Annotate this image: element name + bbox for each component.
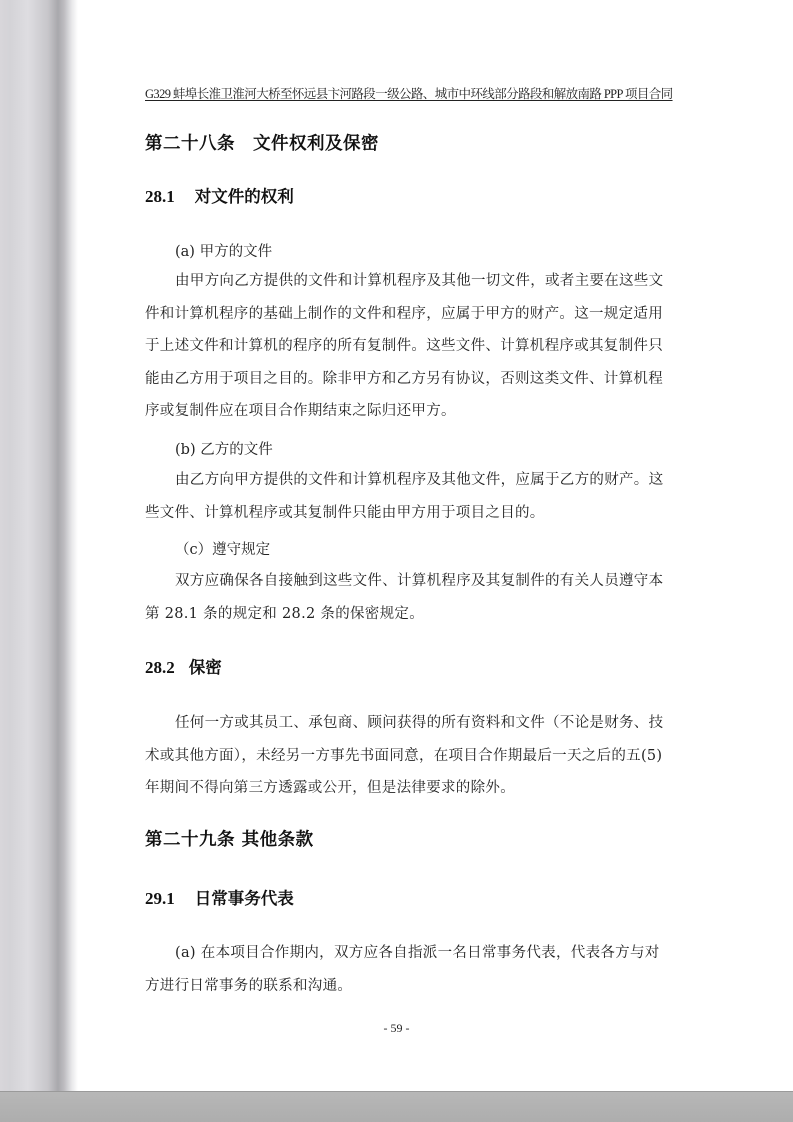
paragraph-line: 双方应确保各自接触到这些文件、计算机程序及其复制件的有关人员遵守本 <box>145 565 695 598</box>
item-b-label: (b) 乙方的文件 <box>175 438 273 459</box>
item-c-paragraph: 双方应确保各自接触到这些文件、计算机程序及其复制件的有关人员遵守本 第 28.1… <box>145 565 695 630</box>
item-a-paragraph: 由甲方向乙方提供的文件和计算机程序及其他一切文件，或者主要在这些文 件和计算机程… <box>145 265 695 428</box>
section-title: 日常事务代表 <box>195 889 294 908</box>
paragraph-line: 任何一方或其员工、承包商、顾问获得的所有资料和文件（不论是财务、技 <box>145 707 695 740</box>
section-number: 29.1 <box>145 889 189 909</box>
section-29-1-heading: 29.1 日常事务代表 <box>145 885 294 909</box>
section-title: 对文件的权利 <box>195 187 294 206</box>
paragraph-line: 由甲方向乙方提供的文件和计算机程序及其他一切文件，或者主要在这些文 <box>145 265 695 298</box>
document-page: G329 蚌埠长淮卫淮河大桥至怀远县卞河路段一级公路、城市中环线部分路段和解放南… <box>0 0 793 1091</box>
paragraph-line: 些文件、计算机程序或其复制件只能由甲方用于项目之目的。 <box>145 497 695 530</box>
scan-bottom-edge <box>0 1091 793 1122</box>
item-b-paragraph: 由乙方向甲方提供的文件和计算机程序及其他文件，应属于乙方的财产。这 些文件、计算… <box>145 464 695 529</box>
section-28-2-heading: 28.2 保密 <box>145 654 222 678</box>
paragraph-line: 序或复制件应在项目合作期结束之际归还甲方。 <box>145 395 695 428</box>
section-title: 保密 <box>189 658 222 677</box>
section-28-1-heading: 28.1 对文件的权利 <box>145 183 294 207</box>
running-header: G329 蚌埠长淮卫淮河大桥至怀远县卞河路段一级公路、城市中环线部分路段和解放南… <box>145 84 685 102</box>
paragraph-line: (a) 在本项目合作期内，双方应各自指派一名日常事务代表，代表各方与对 <box>145 937 695 970</box>
item-a-label: (a) 甲方的文件 <box>175 240 272 261</box>
paragraph-line: 件和计算机程序的基础上制作的文件和程序，应属于甲方的财产。这一规定适用 <box>145 298 695 331</box>
paragraph-line: 能由乙方用于项目之目的。除非甲方和乙方另有协议，否则这类文件、计算机程 <box>145 363 695 396</box>
paragraph-line: 术或其他方面），未经另一方事先书面同意，在项目合作期最后一天之后的五(5) <box>145 740 695 773</box>
paragraph-line: 方进行日常事务的联系和沟通。 <box>145 970 695 1003</box>
section-number: 28.2 <box>145 658 183 678</box>
section-29-1-paragraph: (a) 在本项目合作期内，双方应各自指派一名日常事务代表，代表各方与对 方进行日… <box>145 937 695 1002</box>
item-c-label: （c）遵守规定 <box>175 538 270 559</box>
article-28-heading: 第二十八条 文件权利及保密 <box>145 130 379 155</box>
paragraph-line: 由乙方向甲方提供的文件和计算机程序及其他文件，应属于乙方的财产。这 <box>145 464 695 497</box>
section-number: 28.1 <box>145 187 189 207</box>
paragraph-line: 于上述文件和计算机的程序的所有复制件。这些文件、计算机程序或其复制件只 <box>145 330 695 363</box>
article-29-heading: 第二十九条 其他条款 <box>145 826 314 851</box>
page-number: - 59 - <box>0 1021 793 1036</box>
paragraph-line: 年期间不得向第三方透露或公开，但是法律要求的除外。 <box>145 772 695 805</box>
paragraph-line: 第 28.1 条的规定和 28.2 条的保密规定。 <box>145 598 695 631</box>
section-28-2-paragraph: 任何一方或其员工、承包商、顾问获得的所有资料和文件（不论是财务、技 术或其他方面… <box>145 707 695 805</box>
